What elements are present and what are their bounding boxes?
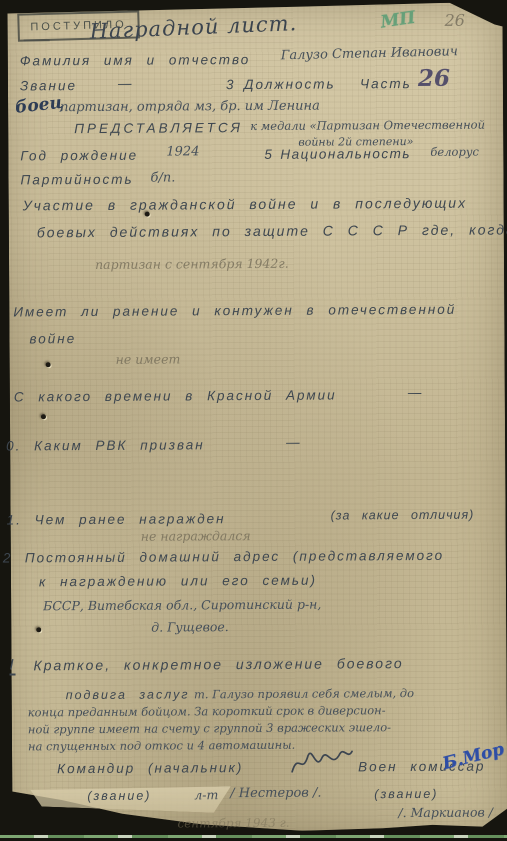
unit-label: Часть bbox=[360, 76, 412, 91]
rank-label: Звание bbox=[20, 78, 77, 93]
rvk-line: Каким РВК призван bbox=[34, 437, 205, 453]
address-value1: БССР, Витебская обл., Сиротинский р-н, bbox=[43, 597, 321, 614]
rank2-label: (звание) bbox=[374, 787, 438, 801]
feat-line1-block: подвига заслуг bbox=[66, 687, 190, 702]
date-faint: сентября 1943 г. bbox=[177, 816, 289, 831]
rvk-index: 0. bbox=[6, 438, 21, 453]
address-index: 2 bbox=[3, 550, 13, 565]
position-index: 3 bbox=[226, 77, 236, 92]
paper-hole bbox=[145, 212, 150, 217]
award-paren: (за какие отличия) bbox=[331, 508, 475, 523]
duty-detail: партизан, отряда мз, бр. им Ленина bbox=[60, 99, 320, 116]
address-line2: к награждению или его семьи) bbox=[39, 573, 317, 590]
feat-line3: ной группе имеет на счету с группой 3 вр… bbox=[28, 720, 391, 736]
feat-heading: Краткое, конкретное изложение боевого bbox=[33, 655, 403, 673]
rank1-value: л-т bbox=[194, 787, 218, 802]
birth-value: 1924 bbox=[166, 144, 199, 159]
wounds-line2: войне bbox=[29, 331, 76, 346]
address-value2: д. Гущевое. bbox=[151, 619, 229, 634]
party-label: Партийность bbox=[20, 172, 133, 188]
scanned-award-document: ПОСТУПИЛО Наградной лист. МП 26 Фамилия … bbox=[0, 0, 507, 841]
commander-signature bbox=[290, 745, 354, 777]
party-value: б/п. bbox=[150, 170, 175, 185]
paper-hole bbox=[46, 362, 51, 367]
represented-label: ПРЕДСТАВЛЯЕТСЯ bbox=[74, 120, 243, 136]
represented-medal: к медали «Партизан Отечественной bbox=[250, 118, 485, 133]
award-value: не награждался bbox=[141, 528, 251, 544]
nationality-label: Национальность bbox=[280, 146, 411, 162]
signature-name2: /. Маркианов / bbox=[398, 805, 493, 821]
paper-hole bbox=[41, 414, 46, 419]
birth-label: Год рождение bbox=[20, 148, 138, 164]
wounds-value: не имеет bbox=[116, 351, 181, 366]
feat-line2: конца преданным бойцом. За короткий срок… bbox=[28, 703, 386, 719]
feat-line1: подвига заслуг т. Галузо проявил себя см… bbox=[66, 684, 414, 704]
feat-line4: на спущенных под откос и 4 автомашины. bbox=[28, 738, 295, 754]
feat-index: I bbox=[9, 656, 15, 675]
paper-sheet: ПОСТУПИЛО Наградной лист. МП 26 Фамилия … bbox=[0, 0, 507, 841]
page-number: 26 bbox=[445, 11, 465, 30]
civil-war-line1: Участие в гражданской войне и в последую… bbox=[23, 195, 467, 214]
army-since-dash: — bbox=[408, 385, 424, 400]
name-label: Фамилия имя и отчество bbox=[20, 52, 251, 68]
feat-line1-cursive: т. Галузо проявил себя смелым, до bbox=[194, 686, 414, 701]
unit-value: 26 bbox=[418, 65, 450, 92]
nationality-index: 5 bbox=[264, 147, 274, 162]
nationality-value: белорус bbox=[430, 145, 479, 159]
wounds-line1: Имеет ли ранение и контужен в отечествен… bbox=[13, 302, 456, 320]
rank-dash: — bbox=[118, 76, 134, 91]
award-line: Чем ранее награжден bbox=[35, 511, 226, 527]
commander-label: Командир (начальник) bbox=[57, 760, 243, 776]
award-index: 1. bbox=[7, 512, 22, 527]
stamp-underline bbox=[24, 39, 50, 41]
position-label: Должность bbox=[244, 76, 336, 92]
civil-war-value: партизан с сентября 1942г. bbox=[95, 256, 289, 272]
army-since-line: С какого времени в Красной Армии bbox=[14, 387, 337, 404]
address-line1: Постоянный домашний адрес (представляемо… bbox=[25, 548, 444, 566]
paper-hole bbox=[36, 627, 41, 632]
signature-name1: / Нестеров /. bbox=[230, 786, 321, 802]
rvk-dash: — bbox=[286, 435, 302, 450]
rank1-label: (звание) bbox=[87, 789, 151, 803]
civil-war-line2: боевых действиях по защите С С С Р где, … bbox=[37, 221, 507, 240]
scanner-artifact-line bbox=[0, 835, 507, 838]
